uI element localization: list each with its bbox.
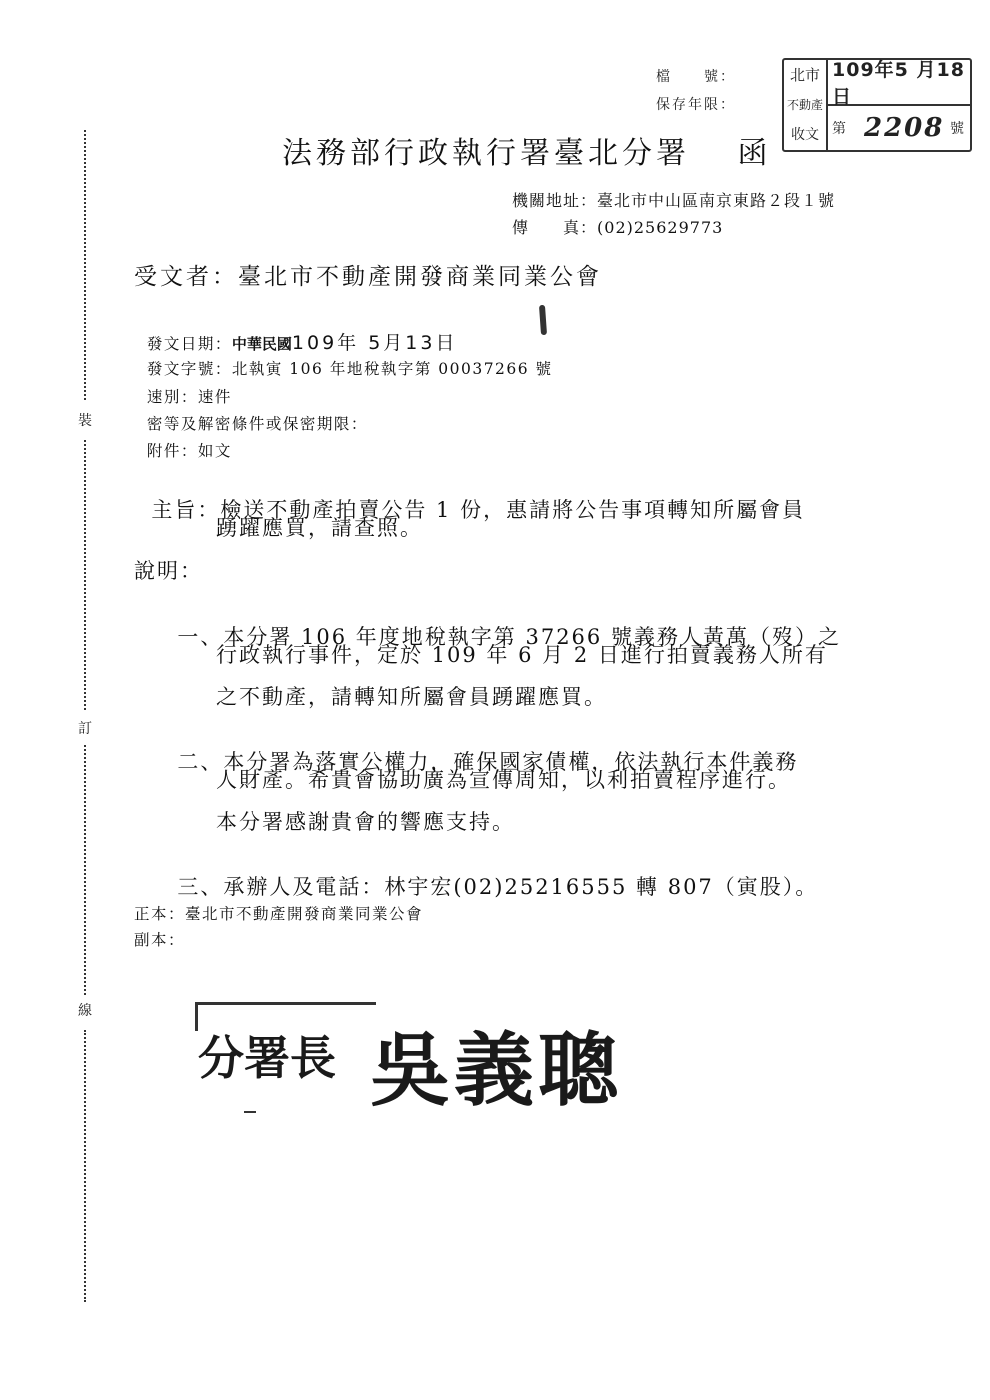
recipient-name: 臺北市不動產開發商業同業公會 [238,264,602,290]
binding-line-segment [84,1030,86,1302]
agency-fax: 傳 真：(02)25629773 [512,215,723,238]
file-number-label: 檔 號： [656,66,736,86]
item-line: 人財產。希貴會協助廣為宣傳周知，以利拍賣程序進行。 [216,764,791,794]
fax-value: (02)25629773 [597,218,723,237]
original-value: 臺北市不動產開發商業同業公會 [185,905,423,923]
binding-mark-middle: 訂 [74,718,96,738]
stamp-org-line1: 北市 [790,68,820,83]
signature-mark [244,1111,256,1113]
item-line: 行政執行事件，定於 109 年 6 月 2 日進行拍賣義務人所有 [216,639,828,669]
signature-title: 分署長 [198,1022,336,1088]
fax-label: 傳 真： [512,218,597,237]
explanation-label: 說明： [134,555,203,585]
stamp-org-line2: 不動產 [787,99,823,111]
copy-label: 副本： [134,931,185,949]
doc-number-value: 北執寅 106 年地稅執字第 00037266 號 [232,360,553,378]
stamp-date: 109年5 月18日 [828,60,970,106]
address-label: 機關地址： [512,191,597,210]
item-line: 之不動產，請轉知所屬會員踴躍應買。 [216,681,607,711]
item-line: 本分署感謝貴會的響應支持。 [216,806,515,836]
binding-line-segment [84,745,86,995]
stamp-number-row: 第 2208 號 [828,106,970,150]
attachment-label: 附件： [147,442,198,460]
item-line: 承辦人及電話：林宇宏(02)25216555 轉 807（寅股）。 [223,875,818,899]
signature-name: 吳義聰 [370,1006,622,1121]
binding-line-segment [84,440,86,710]
stamp-number-prefix: 第 [832,118,846,138]
recipient: 受文者：臺北市不動產開發商業同業公會 [134,258,602,291]
handwritten-mark [539,305,547,335]
item-marker: 三、 [177,875,223,899]
retention-period-label: 保存年限： [656,94,736,114]
binding-mark-top: 裝 [74,410,96,430]
explanation-item-3: 三、承辦人及電話：林宇宏(02)25216555 轉 807（寅股）。 [160,847,818,901]
agency-address: 機關地址：臺北市中山區南京東路２段１號 [512,188,835,211]
stamp-number-suffix: 號 [950,118,964,138]
binding-mark-bottom: 線 [74,1000,96,1020]
recipient-label: 受文者： [134,264,238,290]
stamp-org-line3: 收文 [791,128,819,142]
binding-line-segment [84,130,86,400]
copy-recipient: 副本： [134,928,185,950]
stamp-org: 北市 不動產 收文 [784,60,828,150]
receipt-stamp: 北市 不動產 收文 109年5 月18日 第 2208 號 [782,58,972,152]
document-title: 法務部行政執行署臺北分署 函 [282,128,772,172]
original-recipient: 正本：臺北市不動產開發商業同業公會 [134,902,423,924]
stamp-number: 2208 [864,113,944,143]
attachment: 附件：如文 [134,421,232,461]
address-value: 臺北市中山區南京東路２段１號 [597,191,835,210]
original-label: 正本： [134,905,185,923]
subject-label: 主旨： [151,498,220,522]
subject-line-2: 踴躍應買，請查照。 [216,512,423,542]
attachment-value: 如文 [198,442,232,460]
